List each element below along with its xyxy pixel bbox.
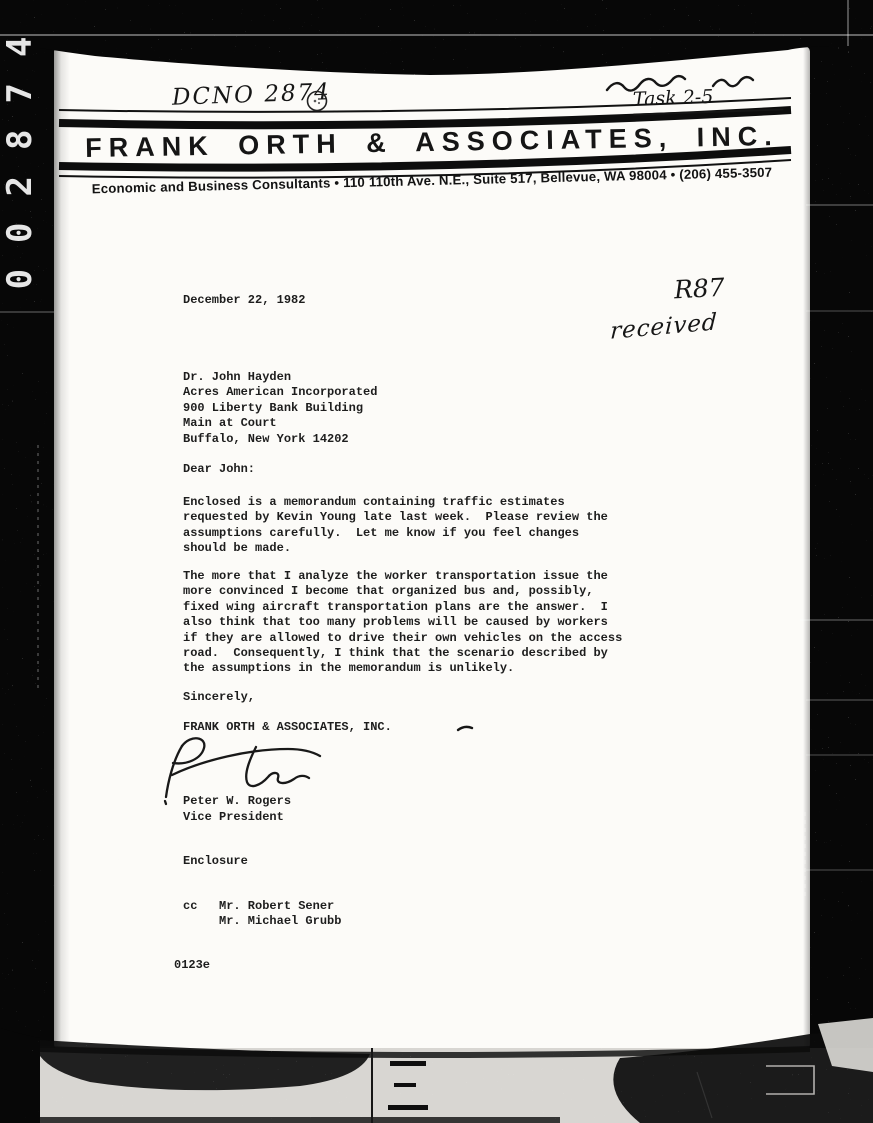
scanned-letter: 002874 FRANK ORTH & ASSOCIATES, INC. Eco… <box>0 0 873 1123</box>
body-paragraph-2: The more that I analyze the worker trans… <box>183 569 622 677</box>
salutation: Dear John: <box>183 462 255 477</box>
closing: Sincerely, <box>183 690 255 705</box>
letter-page: FRANK ORTH & ASSOCIATES, INC. Economic a… <box>54 46 810 1050</box>
cc-list: cc Mr. Robert Sener Mr. Michael Grubb <box>183 899 341 930</box>
handwritten-r87: R87 <box>673 273 725 305</box>
handwritten-received: received <box>610 309 719 345</box>
handwritten-task: Task 2-5 <box>633 83 784 115</box>
handwritten-dcno: DCNO 2874 <box>172 79 332 111</box>
signer-title: Vice President <box>183 810 284 825</box>
letter-date: December 22, 1982 <box>183 293 305 308</box>
vertical-doc-number: 002874 <box>0 0 42 310</box>
signer-name: Peter W. Rogers <box>183 794 291 809</box>
body-paragraph-1: Enclosed is a memorandum containing traf… <box>183 495 608 557</box>
recipient-address: Dr. John Hayden Acres American Incorpora… <box>183 370 377 447</box>
doc-code: 0123e <box>174 958 210 973</box>
company-signature-line: FRANK ORTH & ASSOCIATES, INC. <box>183 720 392 735</box>
enclosure-note: Enclosure <box>183 854 248 869</box>
